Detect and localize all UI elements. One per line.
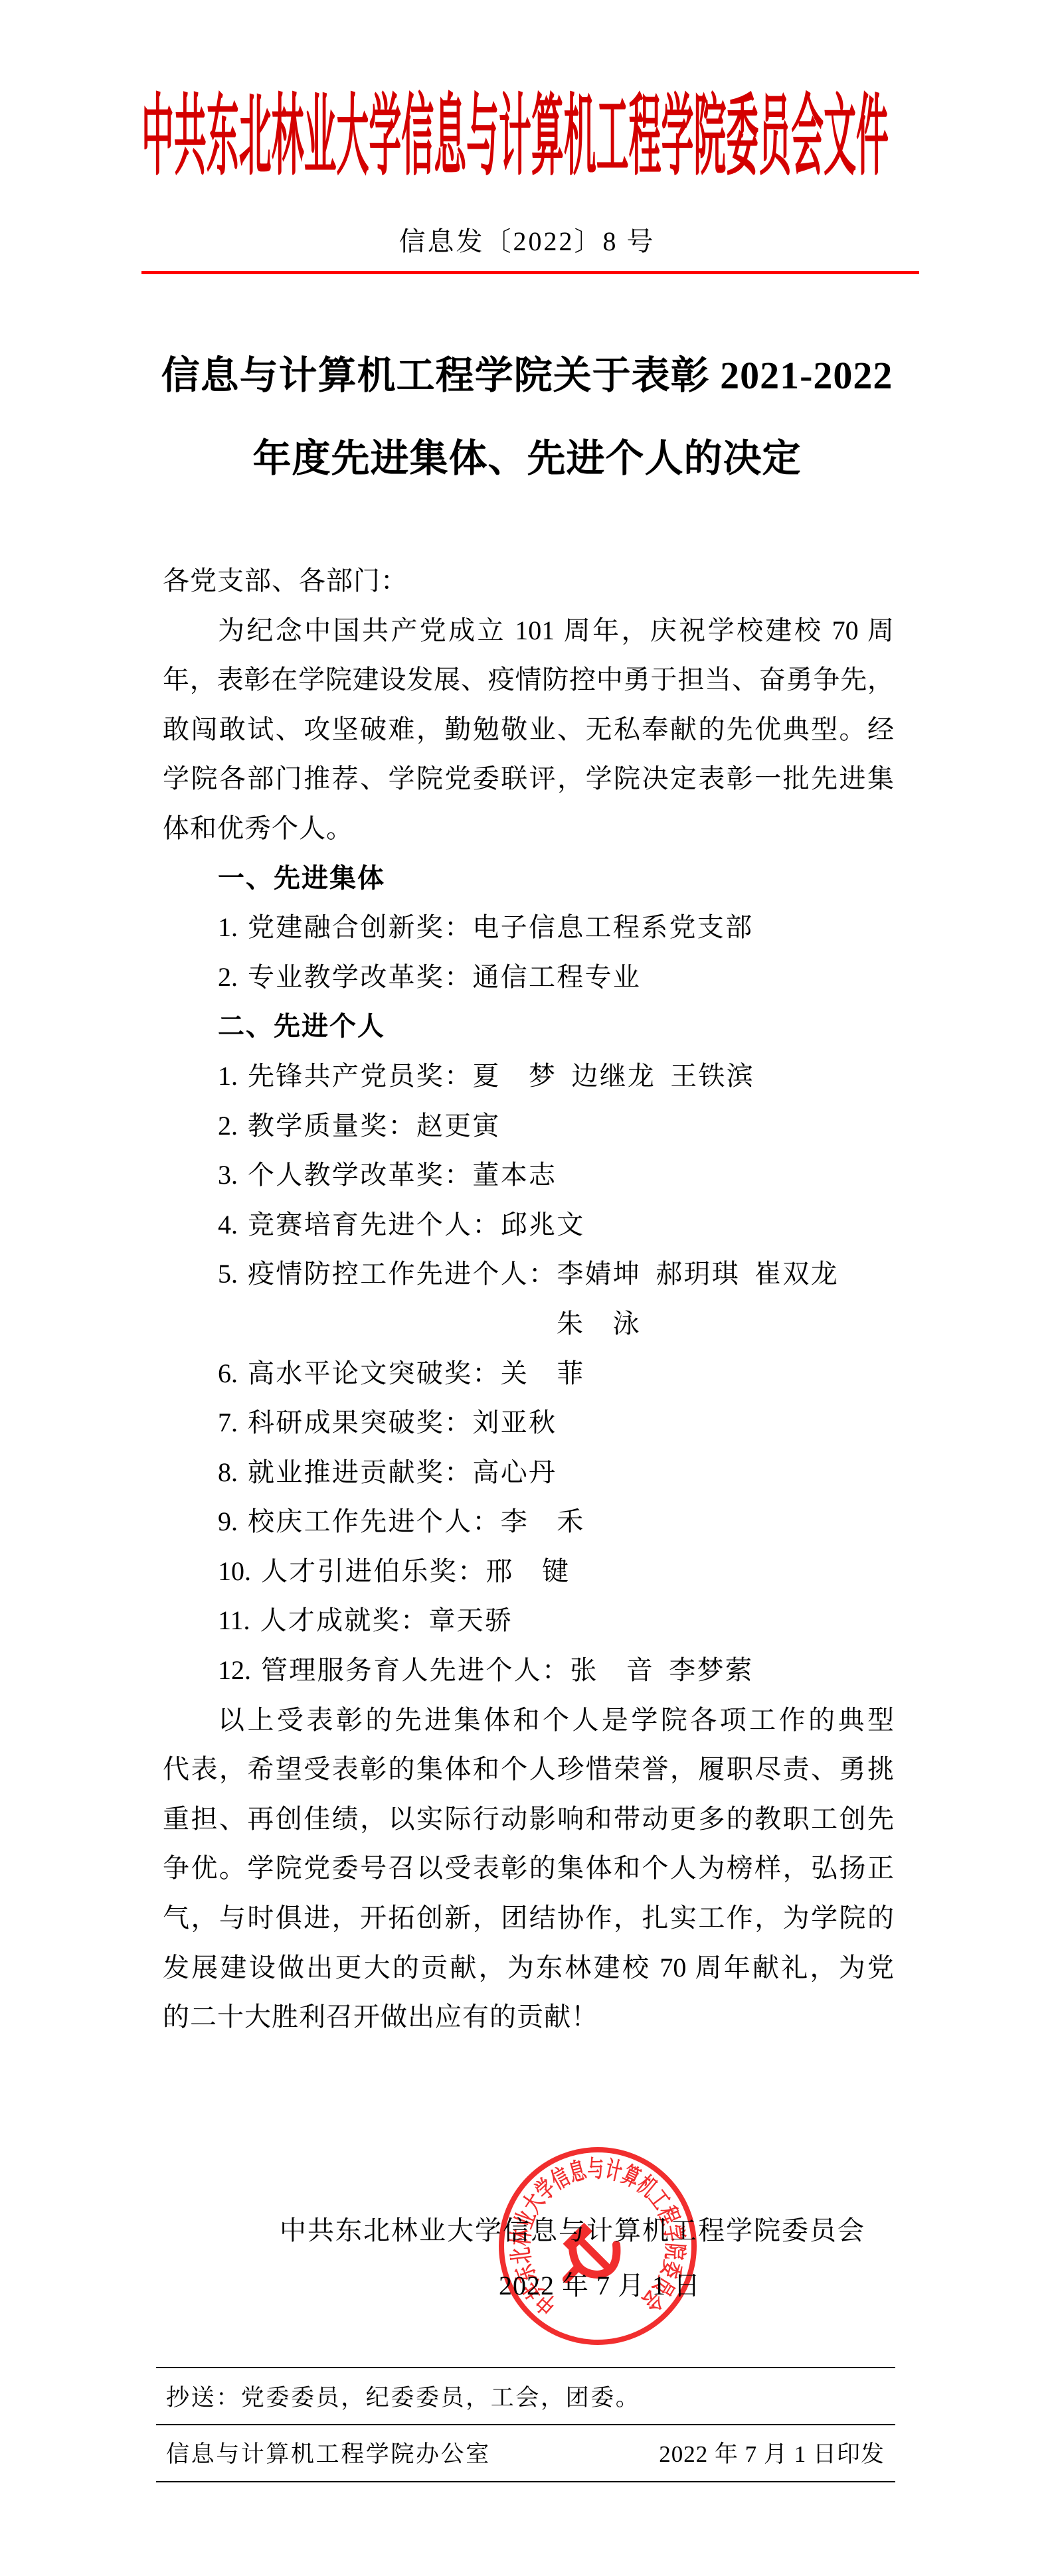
award-item: 2.专业教学改革奖：通信工程专业 (163, 953, 894, 1003)
recipient: 刘亚秋 (472, 1408, 557, 1437)
hammer-sickle-icon (563, 2223, 620, 2280)
item-number: 2. (218, 1111, 238, 1141)
recipient: 李婧坤 (557, 1259, 641, 1289)
closing-line: 气，与时俱进，开拓创新，团结协作，扎实工作，为学院的 (163, 1893, 894, 1943)
closing-line: 的二十大胜利召开做出应有的贡献！ (163, 1992, 894, 2042)
item-number: 3. (218, 1160, 238, 1190)
recipient: 朱 泳 (557, 1309, 641, 1338)
salutation: 各党支部、各部门： (163, 556, 894, 606)
intro-line: 为纪念中国共产党成立 101 周年，庆祝学校建校 70 周 (163, 606, 894, 656)
award-item: 10.人才引进伯乐奖：邢 键 (163, 1547, 894, 1597)
award-item: 4.竞赛培育先进个人：邱兆文 (163, 1200, 894, 1250)
recipient: 邢 键 (485, 1556, 570, 1586)
document-number: 信息发〔2022〕8 号 (0, 228, 1054, 255)
document-title-line-1: 信息与计算机工程学院关于表彰 2021-2022 (0, 357, 1054, 395)
intro-line: 敢闯敢试、攻坚破难，勤勉敬业、无私奉献的先优典型。经 (163, 705, 894, 755)
award-item: 2.教学质量奖：赵更寅 (163, 1101, 894, 1151)
award-name: 管理服务育人先进个人： (261, 1655, 570, 1685)
recipient: 章天骄 (428, 1605, 513, 1635)
item-number: 12. (218, 1655, 251, 1685)
recipient: 关 菲 (501, 1358, 585, 1388)
award-name: 先锋共产党员奖： (248, 1061, 472, 1091)
recipient: 赵更寅 (416, 1111, 501, 1141)
carbon-copy-list: 抄送：党委委员，纪委委员，工会，团委。 (166, 2386, 640, 2409)
item-number: 5. (218, 1259, 238, 1289)
award-item: 9.校庆工作先进个人：李 禾 (163, 1497, 894, 1547)
print-date: 2022 年 7 月 1 日印发 (659, 2443, 885, 2466)
closing-line: 发展建设做出更大的贡献，为东林建校 70 周年献礼，为党 (163, 1943, 894, 1993)
document-body: 各党支部、各部门： 为纪念中国共产党成立 101 周年，庆祝学校建校 70 周 … (163, 556, 894, 2042)
recipient: 边继龙 (571, 1061, 656, 1091)
award-item: 1.先锋共产党员奖：夏 梦边继龙王铁滨 (163, 1052, 894, 1101)
award-name: 高水平论文突破奖： (248, 1358, 501, 1388)
closing-line: 争优。学院党委号召以受表彰的集体和个人为榜样，弘扬正 (163, 1844, 894, 1893)
item-number: 4. (218, 1210, 238, 1240)
award-name: 专业教学改革奖： (248, 962, 472, 992)
section-heading-individuals: 二、先进个人 (163, 1002, 894, 1052)
red-separator-rule (141, 271, 919, 274)
award-name: 个人教学改革奖： (248, 1160, 472, 1190)
award-item: 12.管理服务育人先进个人：张 音李梦萦 (163, 1646, 894, 1696)
closing-line: 代表，希望受表彰的集体和个人珍惜荣誉，履职尽责、勇挑 (163, 1745, 894, 1795)
award-name: 疫情防控工作先进个人： (248, 1259, 557, 1289)
item-number: 1. (218, 912, 238, 942)
award-name: 就业推进贡献奖： (248, 1457, 472, 1487)
award-item-continuation: 朱 泳 (163, 1299, 894, 1349)
award-name: 科研成果突破奖： (248, 1408, 472, 1437)
recipient: 张 音 (570, 1655, 654, 1685)
item-number: 6. (218, 1358, 238, 1388)
issuing-office: 信息与计算机工程学院办公室 (166, 2443, 491, 2466)
intro-line: 年，表彰在学院建设发展、疫情防控中勇于担当、奋勇争先， (163, 655, 894, 705)
recipient: 电子信息工程系党支部 (472, 912, 753, 942)
award-name: 校庆工作先进个人： (248, 1506, 501, 1536)
award-name: 人才成就奖： (260, 1605, 429, 1635)
item-number: 1. (218, 1061, 238, 1091)
section-heading-collectives: 一、先进集体 (163, 854, 894, 904)
award-item: 7.科研成果突破奖：刘亚秋 (163, 1398, 894, 1448)
recipient: 王铁滨 (670, 1061, 754, 1091)
award-name: 人才引进伯乐奖： (261, 1556, 485, 1586)
award-name: 竞赛培育先进个人： (248, 1210, 501, 1240)
recipient: 董本志 (472, 1160, 557, 1190)
recipient: 郝玥琪 (656, 1259, 740, 1289)
seal-text-group: 中共东北林业大学信息与计算机工程学院委员会 (507, 2156, 688, 2319)
item-number: 7. (218, 1408, 238, 1437)
award-item: 8.就业推进贡献奖：高心丹 (163, 1448, 894, 1498)
footer-rule-bottom (156, 2481, 895, 2482)
document-title-line-2: 年度先进集体、先进个人的决定 (0, 440, 1054, 478)
award-name: 教学质量奖： (248, 1111, 416, 1141)
award-item: 5.疫情防控工作先进个人：李婧坤郝玥琪崔双龙 (163, 1249, 894, 1299)
item-number: 2. (218, 962, 238, 992)
closing-line: 以上受表彰的先进集体和个人是学院各项工作的典型 (163, 1696, 894, 1745)
official-seal: 中共东北林业大学信息与计算机工程学院委员会 (498, 2146, 697, 2346)
item-number: 10. (218, 1556, 251, 1586)
recipient: 夏 梦 (472, 1061, 557, 1091)
award-name: 党建融合创新奖： (248, 912, 472, 942)
issuer-letterhead-title: 中共东北林业大学信息与计算机工程学院委员会文件 (141, 92, 889, 181)
recipient: 通信工程专业 (472, 962, 641, 992)
footer-rule-middle (156, 2424, 895, 2425)
item-number: 9. (218, 1506, 238, 1536)
seal-text: 中共东北林业大学信息与计算机工程学院委员会 (507, 2156, 688, 2319)
intro-line: 学院各部门推荐、学院党委联评，学院决定表彰一批先进集 (163, 754, 894, 804)
footer-rule-top (156, 2367, 895, 2368)
recipient: 李梦萦 (669, 1655, 753, 1685)
award-item: 1.党建融合创新奖：电子信息工程系党支部 (163, 903, 894, 953)
intro-line: 体和优秀个人。 (163, 804, 894, 854)
award-item: 11.人才成就奖：章天骄 (163, 1596, 894, 1646)
award-item: 3.个人教学改革奖：董本志 (163, 1151, 894, 1200)
recipient: 崔双龙 (754, 1259, 839, 1289)
item-number: 11. (218, 1605, 250, 1635)
recipient: 李 禾 (501, 1506, 585, 1536)
award-item: 6.高水平论文突破奖：关 菲 (163, 1349, 894, 1399)
recipient: 邱兆文 (501, 1210, 585, 1240)
item-number: 8. (218, 1457, 238, 1487)
closing-line: 重担、再创佳绩，以实际行动影响和带动更多的教职工创先 (163, 1795, 894, 1844)
recipient: 高心丹 (472, 1457, 557, 1487)
